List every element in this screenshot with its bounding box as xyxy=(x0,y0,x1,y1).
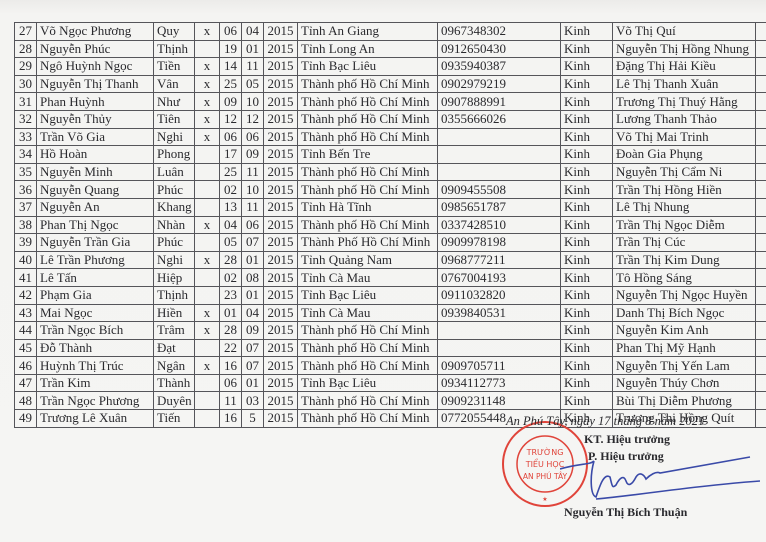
empty-cell xyxy=(756,357,766,375)
female-mark-cell xyxy=(195,181,220,199)
birthplace-cell: Tỉnh Bến Tre xyxy=(298,146,438,164)
empty-cell xyxy=(756,234,766,252)
given-name-cell: Đạt xyxy=(154,339,195,357)
birth-year-cell: 2015 xyxy=(264,75,298,93)
birthplace-cell: Thành phố Hồ Chí Minh xyxy=(298,410,438,428)
row-number: 36 xyxy=(15,181,37,199)
row-number: 48 xyxy=(15,392,37,410)
given-name-cell: Vân xyxy=(154,75,195,93)
birth-year-cell: 2015 xyxy=(264,181,298,199)
ethnicity-cell: Kinh xyxy=(561,93,613,111)
birth-year-cell: 2015 xyxy=(264,322,298,340)
empty-cell xyxy=(756,128,766,146)
ethnicity-cell: Kinh xyxy=(561,198,613,216)
birthplace-cell: Tỉnh Bạc Liêu xyxy=(298,286,438,304)
roster-body: 27Võ Ngọc PhươngQuyx06042015Tỉnh An Gian… xyxy=(15,23,766,428)
female-mark-cell: x xyxy=(195,58,220,76)
phone-cell xyxy=(438,339,561,357)
guardian-cell: Lê Thị Nhung xyxy=(613,198,756,216)
guardian-cell: Nguyễn Thúy Chơn xyxy=(613,374,756,392)
surname-cell: Phan Huỳnh xyxy=(37,93,154,111)
birth-year-cell: 2015 xyxy=(264,93,298,111)
document-page: 27Võ Ngọc PhươngQuyx06042015Tỉnh An Gian… xyxy=(0,0,766,542)
given-name-cell: Phúc xyxy=(154,234,195,252)
birth-month-cell: 07 xyxy=(242,234,264,252)
surname-cell: Phan Thị Ngọc xyxy=(37,216,154,234)
female-mark-cell xyxy=(195,392,220,410)
surname-cell: Phạm Gia xyxy=(37,286,154,304)
given-name-cell: Phúc xyxy=(154,181,195,199)
ethnicity-cell: Kinh xyxy=(561,269,613,287)
female-mark-cell xyxy=(195,286,220,304)
birth-day-cell: 25 xyxy=(220,163,242,181)
surname-cell: Nguyễn Thị Thanh xyxy=(37,75,154,93)
surname-cell: Nguyễn Phúc xyxy=(37,40,154,58)
birth-day-cell: 23 xyxy=(220,286,242,304)
row-number: 40 xyxy=(15,251,37,269)
empty-cell xyxy=(756,198,766,216)
birthplace-cell: Thành phố Hồ Chí Minh xyxy=(298,339,438,357)
given-name-cell: Nhàn xyxy=(154,216,195,234)
female-mark-cell: x xyxy=(195,75,220,93)
phone-cell: 0939840531 xyxy=(438,304,561,322)
surname-cell: Đỗ Thành xyxy=(37,339,154,357)
table-row: 31Phan HuỳnhNhưx09102015Thành phố Hồ Chí… xyxy=(15,93,766,111)
phone-cell: 0337428510 xyxy=(438,216,561,234)
birth-day-cell: 11 xyxy=(220,392,242,410)
ethnicity-cell: Kinh xyxy=(561,40,613,58)
guardian-cell: Trần Thị Ngọc Diễm xyxy=(613,216,756,234)
birth-day-cell: 06 xyxy=(220,128,242,146)
birth-year-cell: 2015 xyxy=(264,286,298,304)
birth-year-cell: 2015 xyxy=(264,198,298,216)
ethnicity-cell: Kinh xyxy=(561,357,613,375)
birth-day-cell: 14 xyxy=(220,58,242,76)
surname-cell: Mai Ngọc xyxy=(37,304,154,322)
birthplace-cell: Thành phố Hồ Chí Minh xyxy=(298,163,438,181)
empty-cell xyxy=(756,23,766,41)
row-number: 35 xyxy=(15,163,37,181)
row-number: 39 xyxy=(15,234,37,252)
row-number: 32 xyxy=(15,110,37,128)
ethnicity-cell: Kinh xyxy=(561,75,613,93)
ethnicity-cell: Kinh xyxy=(561,23,613,41)
signature-block: TRƯỜNG TIỂU HỌC AN PHÚ TÂY ★ An Phú Tây,… xyxy=(480,405,766,542)
row-number: 41 xyxy=(15,269,37,287)
given-name-cell: Quy xyxy=(154,23,195,41)
birth-year-cell: 2015 xyxy=(264,40,298,58)
birth-month-cell: 06 xyxy=(242,128,264,146)
birthplace-cell: Thành phố Hồ Chí Minh xyxy=(298,181,438,199)
empty-cell xyxy=(756,269,766,287)
birth-month-cell: 08 xyxy=(242,269,264,287)
row-number: 27 xyxy=(15,23,37,41)
empty-cell xyxy=(756,40,766,58)
row-number: 44 xyxy=(15,322,37,340)
female-mark-cell: x xyxy=(195,23,220,41)
female-mark-cell: x xyxy=(195,110,220,128)
birth-year-cell: 2015 xyxy=(264,410,298,428)
empty-cell xyxy=(756,181,766,199)
birth-month-cell: 12 xyxy=(242,110,264,128)
guardian-cell: Đặng Thị Hải Kiều xyxy=(613,58,756,76)
surname-cell: Nguyễn Trần Gia xyxy=(37,234,154,252)
surname-cell: Lê Trần Phương xyxy=(37,251,154,269)
given-name-cell: Thịnh xyxy=(154,286,195,304)
table-row: 47Trần KimThành06012015Tỉnh Bạc Liêu0934… xyxy=(15,374,766,392)
table-row: 32Nguyễn ThủyTiênx12122015Thành phố Hồ C… xyxy=(15,110,766,128)
female-mark-cell xyxy=(195,339,220,357)
row-number: 31 xyxy=(15,93,37,111)
given-name-cell: Tiền xyxy=(154,58,195,76)
surname-cell: Trương Lê Xuân xyxy=(37,410,154,428)
guardian-cell: Võ Thị Quí xyxy=(613,23,756,41)
row-number: 28 xyxy=(15,40,37,58)
guardian-cell: Trần Thị Cúc xyxy=(613,234,756,252)
ethnicity-cell: Kinh xyxy=(561,234,613,252)
phone-cell: 0902979219 xyxy=(438,75,561,93)
given-name-cell: Luân xyxy=(154,163,195,181)
female-mark-cell xyxy=(195,234,220,252)
table-row: 41Lê TấnHiệp02082015Tỉnh Cà Mau076700419… xyxy=(15,269,766,287)
empty-cell xyxy=(756,216,766,234)
table-row: 33Trần Võ GiaNghix06062015Thành phố Hồ C… xyxy=(15,128,766,146)
birth-month-cell: 10 xyxy=(242,181,264,199)
guardian-cell: Đoàn Gia Phụng xyxy=(613,146,756,164)
birth-day-cell: 16 xyxy=(220,357,242,375)
birth-year-cell: 2015 xyxy=(264,110,298,128)
given-name-cell: Tiến xyxy=(154,410,195,428)
birthplace-cell: Tỉnh Quảng Nam xyxy=(298,251,438,269)
birth-year-cell: 2015 xyxy=(264,163,298,181)
birth-day-cell: 04 xyxy=(220,216,242,234)
female-mark-cell xyxy=(195,146,220,164)
ethnicity-cell: Kinh xyxy=(561,322,613,340)
ethnicity-cell: Kinh xyxy=(561,216,613,234)
table-row: 40Lê Trần PhươngNghix28012015Tỉnh Quảng … xyxy=(15,251,766,269)
guardian-cell: Nguyễn Thị Yến Lam xyxy=(613,357,756,375)
birth-year-cell: 2015 xyxy=(264,128,298,146)
empty-cell xyxy=(756,146,766,164)
phone-cell: 0934112773 xyxy=(438,374,561,392)
surname-cell: Huỳnh Thị Trúc xyxy=(37,357,154,375)
given-name-cell: Hiền xyxy=(154,304,195,322)
birthplace-cell: Thành Phố Hồ Chí Minh xyxy=(298,234,438,252)
female-mark-cell xyxy=(195,163,220,181)
guardian-cell: Nguyễn Kim Anh xyxy=(613,322,756,340)
birthplace-cell: Thành phố Hồ Chí Minh xyxy=(298,392,438,410)
birth-month-cell: 03 xyxy=(242,392,264,410)
guardian-cell: Lê Thị Thanh Xuân xyxy=(613,75,756,93)
role-line-1: KT. Hiệu trưởng xyxy=(584,432,670,447)
place-date: An Phú Tây, ngày 17 tháng 8 năm 2021 xyxy=(506,414,704,429)
birth-year-cell: 2015 xyxy=(264,269,298,287)
row-number: 46 xyxy=(15,357,37,375)
birth-month-cell: 09 xyxy=(242,322,264,340)
guardian-cell: Nguyễn Thị Hồng Nhung xyxy=(613,40,756,58)
ethnicity-cell: Kinh xyxy=(561,128,613,146)
given-name-cell: Khang xyxy=(154,198,195,216)
phone-cell: 0967348302 xyxy=(438,23,561,41)
birth-month-cell: 11 xyxy=(242,58,264,76)
guardian-cell: Trương Thị Thuý Hằng xyxy=(613,93,756,111)
birthplace-cell: Thành phố Hồ Chí Minh xyxy=(298,110,438,128)
given-name-cell: Trâm xyxy=(154,322,195,340)
birth-year-cell: 2015 xyxy=(264,304,298,322)
table-row: 43Mai NgọcHiềnx01042015Tỉnh Cà Mau093984… xyxy=(15,304,766,322)
given-name-cell: Nghi xyxy=(154,251,195,269)
table-row: 46Huỳnh Thị TrúcNgânx16072015Thành phố H… xyxy=(15,357,766,375)
given-name-cell: Thành xyxy=(154,374,195,392)
birth-year-cell: 2015 xyxy=(264,392,298,410)
birth-day-cell: 28 xyxy=(220,251,242,269)
row-number: 29 xyxy=(15,58,37,76)
row-number: 33 xyxy=(15,128,37,146)
birthplace-cell: Tỉnh Long An xyxy=(298,40,438,58)
birth-month-cell: 01 xyxy=(242,374,264,392)
birth-month-cell: 04 xyxy=(242,23,264,41)
birth-month-cell: 07 xyxy=(242,339,264,357)
given-name-cell: Phong xyxy=(154,146,195,164)
surname-cell: Nguyễn Thủy xyxy=(37,110,154,128)
birthplace-cell: Thành phố Hồ Chí Minh xyxy=(298,128,438,146)
birthplace-cell: Thành phố Hồ Chí Minh xyxy=(298,216,438,234)
given-name-cell: Duyên xyxy=(154,392,195,410)
birth-month-cell: 11 xyxy=(242,163,264,181)
empty-cell xyxy=(756,93,766,111)
birth-month-cell: 09 xyxy=(242,146,264,164)
row-number: 45 xyxy=(15,339,37,357)
birthplace-cell: Thành phố Hồ Chí Minh xyxy=(298,322,438,340)
student-roster-table: 27Võ Ngọc PhươngQuyx06042015Tỉnh An Gian… xyxy=(14,22,766,428)
table-row: 45Đỗ ThànhĐạt22072015Thành phố Hồ Chí Mi… xyxy=(15,339,766,357)
phone-cell: 0968777211 xyxy=(438,251,561,269)
birth-day-cell: 06 xyxy=(220,23,242,41)
birth-month-cell: 06 xyxy=(242,216,264,234)
table-row: 35Nguyễn MinhLuân25112015Thành phố Hồ Ch… xyxy=(15,163,766,181)
birth-day-cell: 02 xyxy=(220,181,242,199)
birth-day-cell: 16 xyxy=(220,410,242,428)
birth-day-cell: 19 xyxy=(220,40,242,58)
guardian-cell: Trần Thị Hồng Hiền xyxy=(613,181,756,199)
phone-cell: 0907888991 xyxy=(438,93,561,111)
surname-cell: Trần Ngọc Bích xyxy=(37,322,154,340)
surname-cell: Hồ Hoàn xyxy=(37,146,154,164)
birthplace-cell: Tỉnh An Giang xyxy=(298,23,438,41)
birth-month-cell: 07 xyxy=(242,357,264,375)
birth-year-cell: 2015 xyxy=(264,234,298,252)
empty-cell xyxy=(756,339,766,357)
female-mark-cell xyxy=(195,40,220,58)
birth-year-cell: 2015 xyxy=(264,216,298,234)
guardian-cell: Nguyễn Thị Cẩm Ni xyxy=(613,163,756,181)
birthplace-cell: Thành phố Hồ Chí Minh xyxy=(298,357,438,375)
birth-year-cell: 2015 xyxy=(264,23,298,41)
surname-cell: Nguyễn An xyxy=(37,198,154,216)
given-name-cell: Tiên xyxy=(154,110,195,128)
given-name-cell: Nghi xyxy=(154,128,195,146)
row-number: 37 xyxy=(15,198,37,216)
female-mark-cell: x xyxy=(195,357,220,375)
svg-text:TRƯỜNG: TRƯỜNG xyxy=(526,446,564,457)
table-row: 27Võ Ngọc PhươngQuyx06042015Tỉnh An Gian… xyxy=(15,23,766,41)
phone-cell: 0912650430 xyxy=(438,40,561,58)
birth-year-cell: 2015 xyxy=(264,146,298,164)
empty-cell xyxy=(756,58,766,76)
ethnicity-cell: Kinh xyxy=(561,374,613,392)
surname-cell: Võ Ngọc Phương xyxy=(37,23,154,41)
empty-cell xyxy=(756,75,766,93)
birth-year-cell: 2015 xyxy=(264,339,298,357)
empty-cell xyxy=(756,374,766,392)
birth-month-cell: 5 xyxy=(242,410,264,428)
table-row: 37Nguyễn AnKhang13112015Tỉnh Hà Tĩnh0985… xyxy=(15,198,766,216)
empty-cell xyxy=(756,322,766,340)
phone-cell: 0909705711 xyxy=(438,357,561,375)
birth-day-cell: 17 xyxy=(220,146,242,164)
female-mark-cell: x xyxy=(195,216,220,234)
ethnicity-cell: Kinh xyxy=(561,251,613,269)
birthplace-cell: Tỉnh Cà Mau xyxy=(298,304,438,322)
surname-cell: Trần Võ Gia xyxy=(37,128,154,146)
birth-day-cell: 09 xyxy=(220,93,242,111)
row-number: 38 xyxy=(15,216,37,234)
female-mark-cell xyxy=(195,410,220,428)
phone-cell: 0355666026 xyxy=(438,110,561,128)
row-number: 30 xyxy=(15,75,37,93)
ethnicity-cell: Kinh xyxy=(561,110,613,128)
female-mark-cell xyxy=(195,269,220,287)
birth-month-cell: 01 xyxy=(242,40,264,58)
ethnicity-cell: Kinh xyxy=(561,304,613,322)
birth-day-cell: 01 xyxy=(220,304,242,322)
svg-text:TIỂU HỌC: TIỂU HỌC xyxy=(525,457,565,469)
phone-cell: 0935940387 xyxy=(438,58,561,76)
surname-cell: Nguyễn Minh xyxy=(37,163,154,181)
birthplace-cell: Thành phố Hồ Chí Minh xyxy=(298,75,438,93)
table-row: 36Nguyễn QuangPhúc02102015Thành phố Hồ C… xyxy=(15,181,766,199)
guardian-cell: Nguyễn Thị Ngọc Huyền xyxy=(613,286,756,304)
svg-text:★: ★ xyxy=(542,496,547,503)
role-line-2: P. Hiệu trưởng xyxy=(588,449,664,464)
birthplace-cell: Tỉnh Cà Mau xyxy=(298,269,438,287)
empty-cell xyxy=(756,251,766,269)
table-row: 42Phạm GiaThịnh23012015Tỉnh Bạc Liêu0911… xyxy=(15,286,766,304)
table-row: 30Nguyễn Thị ThanhVânx25052015Thành phố … xyxy=(15,75,766,93)
birth-day-cell: 28 xyxy=(220,322,242,340)
given-name-cell: Hiệp xyxy=(154,269,195,287)
female-mark-cell: x xyxy=(195,128,220,146)
row-number: 47 xyxy=(15,374,37,392)
female-mark-cell xyxy=(195,374,220,392)
birth-day-cell: 13 xyxy=(220,198,242,216)
birthplace-cell: Tỉnh Bạc Liêu xyxy=(298,58,438,76)
guardian-cell: Lương Thanh Thảo xyxy=(613,110,756,128)
guardian-cell: Trần Thị Kim Dung xyxy=(613,251,756,269)
given-name-cell: Thịnh xyxy=(154,40,195,58)
row-number: 43 xyxy=(15,304,37,322)
row-number: 42 xyxy=(15,286,37,304)
birthplace-cell: Tỉnh Hà Tĩnh xyxy=(298,198,438,216)
birth-month-cell: 01 xyxy=(242,286,264,304)
female-mark-cell: x xyxy=(195,304,220,322)
surname-cell: Nguyễn Quang xyxy=(37,181,154,199)
empty-cell xyxy=(756,110,766,128)
ethnicity-cell: Kinh xyxy=(561,286,613,304)
empty-cell xyxy=(756,286,766,304)
birth-year-cell: 2015 xyxy=(264,58,298,76)
phone-cell: 0985651787 xyxy=(438,198,561,216)
birth-day-cell: 05 xyxy=(220,234,242,252)
row-number: 34 xyxy=(15,146,37,164)
given-name-cell: Ngân xyxy=(154,357,195,375)
birth-day-cell: 02 xyxy=(220,269,242,287)
phone-cell xyxy=(438,128,561,146)
phone-cell: 0909455508 xyxy=(438,181,561,199)
table-row: 38Phan Thị NgọcNhànx04062015Thành phố Hồ… xyxy=(15,216,766,234)
birthplace-cell: Thành phố Hồ Chí Minh xyxy=(298,93,438,111)
guardian-cell: Võ Thị Mai Trinh xyxy=(613,128,756,146)
table-row: 39Nguyễn Trần GiaPhúc05072015Thành Phố H… xyxy=(15,234,766,252)
birth-month-cell: 10 xyxy=(242,93,264,111)
birth-month-cell: 01 xyxy=(242,251,264,269)
phone-cell xyxy=(438,163,561,181)
birthplace-cell: Tỉnh Bạc Liêu xyxy=(298,374,438,392)
surname-cell: Trần Kim xyxy=(37,374,154,392)
table-row: 34Hồ HoànPhong17092015Tỉnh Bến TreKinhĐo… xyxy=(15,146,766,164)
ethnicity-cell: Kinh xyxy=(561,163,613,181)
surname-cell: Ngô Huỳnh Ngọc xyxy=(37,58,154,76)
phone-cell: 0767004193 xyxy=(438,269,561,287)
row-number: 49 xyxy=(15,410,37,428)
guardian-cell: Danh Thị Bích Ngọc xyxy=(613,304,756,322)
empty-cell xyxy=(756,163,766,181)
birth-month-cell: 05 xyxy=(242,75,264,93)
empty-cell xyxy=(756,304,766,322)
table-row: 44Trần Ngọc BíchTrâmx28092015Thành phố H… xyxy=(15,322,766,340)
female-mark-cell: x xyxy=(195,322,220,340)
ethnicity-cell: Kinh xyxy=(561,58,613,76)
birth-year-cell: 2015 xyxy=(264,251,298,269)
surname-cell: Lê Tấn xyxy=(37,269,154,287)
guardian-cell: Phan Thị Mỹ Hạnh xyxy=(613,339,756,357)
signer-name: Nguyễn Thị Bích Thuận xyxy=(564,505,687,520)
birth-day-cell: 12 xyxy=(220,110,242,128)
ethnicity-cell: Kinh xyxy=(561,146,613,164)
ethnicity-cell: Kinh xyxy=(561,339,613,357)
birth-day-cell: 25 xyxy=(220,75,242,93)
birth-day-cell: 06 xyxy=(220,374,242,392)
table-row: 28Nguyễn PhúcThịnh19012015Tỉnh Long An09… xyxy=(15,40,766,58)
ethnicity-cell: Kinh xyxy=(561,181,613,199)
female-mark-cell xyxy=(195,198,220,216)
guardian-cell: Tô Hồng Sáng xyxy=(613,269,756,287)
female-mark-cell: x xyxy=(195,93,220,111)
phone-cell xyxy=(438,146,561,164)
birth-year-cell: 2015 xyxy=(264,374,298,392)
phone-cell xyxy=(438,322,561,340)
birth-month-cell: 04 xyxy=(242,304,264,322)
birth-month-cell: 11 xyxy=(242,198,264,216)
birth-year-cell: 2015 xyxy=(264,357,298,375)
surname-cell: Trần Ngọc Phương xyxy=(37,392,154,410)
phone-cell: 0911032820 xyxy=(438,286,561,304)
table-row: 29Ngô Huỳnh NgọcTiềnx14112015Tỉnh Bạc Li… xyxy=(15,58,766,76)
birth-day-cell: 22 xyxy=(220,339,242,357)
given-name-cell: Như xyxy=(154,93,195,111)
phone-cell: 0909978198 xyxy=(438,234,561,252)
female-mark-cell: x xyxy=(195,251,220,269)
